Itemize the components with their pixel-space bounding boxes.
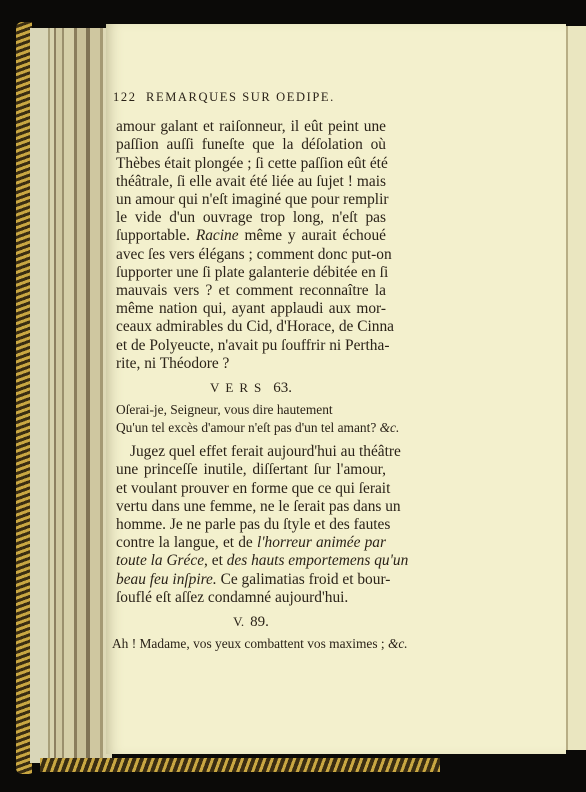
text-fragment: Qu'un tel excès d'amour n'eſt pas d'un t… xyxy=(116,420,376,435)
verse-quote: Oſerai-je, Seigneur, vous dire hautement… xyxy=(116,401,386,437)
section-number: 63. xyxy=(273,380,292,396)
page-content: 122 REMARQUES SUR OEDIPE. amour galant e… xyxy=(116,88,386,653)
opening-paragraph: amour galant et raiſonneur, il eût peint… xyxy=(116,118,386,373)
verse-quote: Ah ! Madame, vos yeux combattent vos max… xyxy=(112,635,386,653)
italic-quote: toute la Gréce xyxy=(116,552,204,569)
text-line: théâtrale, ſi elle avait été liée au ſuj… xyxy=(116,173,386,191)
quote-line: Ah ! Madame, vos yeux combattent vos max… xyxy=(112,636,385,651)
text-line: et de Polyeucte, n'avait pu ſouffrir ni … xyxy=(116,337,386,355)
text-line: rite, ni Théodore ? xyxy=(116,355,386,373)
author-name-italic: Racine xyxy=(196,227,239,244)
section-label: V. xyxy=(233,614,244,629)
quote-line: Qu'un tel excès d'amour n'eſt pas d'un t… xyxy=(116,419,386,437)
gilt-edge-bottom xyxy=(40,758,440,772)
text-line: mauvais vers ? et comment reconnaître la xyxy=(116,282,386,300)
section-number: 89. xyxy=(250,614,269,630)
text-line: le vide d'un ouvrage trop long, n'eſt pa… xyxy=(116,209,386,227)
text-fragment: contre la langue, et de xyxy=(116,534,253,551)
italic-quote: l'horreur animée par xyxy=(257,534,386,551)
text-line: contre la langue, et de l'horreur animée… xyxy=(116,534,386,552)
page-edges xyxy=(30,28,112,763)
text-line: beau feu inſpire. Ce galimatias froid et… xyxy=(116,571,386,589)
text-fragment: , et xyxy=(204,552,223,569)
adjacent-page-edge xyxy=(566,26,586,750)
text-line: un amour qui n'eſt imaginé que pour remp… xyxy=(116,191,386,209)
text-line: avec ſes vers élégans ; comment donc put… xyxy=(116,246,386,264)
text-line: ſupportable. Racine même y aurait échoué xyxy=(116,227,386,245)
text-line: ceaux admirables du Cid, d'Horace, de Ci… xyxy=(116,318,386,336)
italic-quote: des hauts emportemens qu'un xyxy=(227,552,409,569)
text-fragment: Ce galimatias froid et bour- xyxy=(221,571,391,588)
text-line: ſupporter une ſi plate galanterie débité… xyxy=(116,264,386,282)
section-label: VERS xyxy=(210,380,267,395)
text-line: vertu dans une femme, ne le ſerait pas d… xyxy=(116,498,386,516)
italic-quote: beau feu inſpire. xyxy=(116,571,217,588)
text-line: Jugez quel effet ferait aujourd'hui au t… xyxy=(116,443,386,461)
etc-mark: &c. xyxy=(388,636,408,651)
text-fragment: même y aurait échoué xyxy=(244,227,386,244)
section-heading-v-89: V.89. xyxy=(116,613,386,631)
section-heading-vers-63: VERS63. xyxy=(116,379,386,397)
running-head: 122 REMARQUES SUR OEDIPE. xyxy=(113,88,386,106)
quote-line: Oſerai-je, Seigneur, vous dire hautement xyxy=(116,401,386,419)
page-number: 122 xyxy=(113,90,137,104)
etc-mark: &c. xyxy=(380,420,400,435)
text-line: homme. Je ne parle pas du ſtyle et des f… xyxy=(116,516,386,534)
text-line: une princeſſe inutile, diſſertant ſur l'… xyxy=(116,461,386,479)
text-line: paſſion auſſi funeſte que la déſolation … xyxy=(116,136,386,154)
text-line: et voulant prouver en forme que ce qui ſ… xyxy=(116,480,386,498)
text-line: ſouflé eſt aſſez condamné aujourd'hui. xyxy=(116,589,386,607)
commentary-paragraph: Jugez quel effet ferait aujourd'hui au t… xyxy=(116,443,386,607)
text-fragment: ſupportable. xyxy=(116,227,190,244)
running-title: REMARQUES SUR OEDIPE. xyxy=(146,90,335,104)
text-line: Thèbes était plongée ; ſi cette paſſion … xyxy=(116,155,386,173)
text-line: toute la Gréce, et des hauts emportemens… xyxy=(116,552,386,570)
text-line: même nation qui, ayant applaudi aux mor- xyxy=(116,300,386,318)
text-line: amour galant et raiſonneur, il eût peint… xyxy=(116,118,386,136)
